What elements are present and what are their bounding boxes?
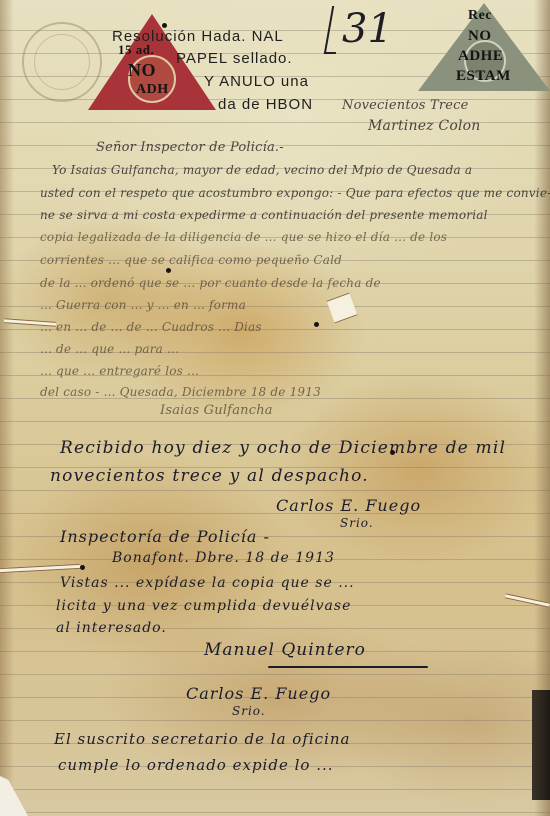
petition-line: de la ... ordenó que se ... por cuanto d… [40,276,381,290]
petition-line: usted con el respeto que acostumbro expo… [40,186,550,200]
stamp-red-overprint-3: ADH [136,82,169,98]
signature-flourish [268,666,428,668]
petitioner-signature: Isaias Gulfancha [160,403,273,418]
petition-line: del caso - ... Quesada, Diciembre 18 de … [40,385,321,399]
left-edge-shadow [0,0,14,816]
right-edge-damage [532,690,550,800]
received-signature: Carlos E. Fuego [276,496,421,515]
petition-line: copia legalizada de la diligencia de ...… [40,230,447,244]
secretary-signature: Carlos E. Fuego [186,684,331,703]
salutation: Señor Inspector de Policía.- [96,140,284,155]
stamp-gray-overprint-2: NO [468,28,492,45]
ink-spot [80,565,85,570]
printed-header-line-3: Y ANULO una [204,73,309,90]
folio-number: 31 [342,6,393,52]
header-annotation-2: Martinez Colon [368,118,480,134]
petition-line: ... que ... entregaré los ... [40,364,199,378]
petition-line: ... en ... de ... de ... Cuadros ... Dia… [40,320,262,334]
stamp-gray-overprint-3: ADHE [458,48,503,65]
corner-damage [0,776,28,816]
received-note-line-1: Recibido hoy diez y ocho de Diciembre de… [60,438,506,458]
resolution-text-line: licita y una vez cumplida devuélvase [56,598,351,614]
inspector-signature: Manuel Quintero [204,640,366,660]
printed-header-line-1: Resolución Hada. NAL [112,28,284,45]
ink-spot [390,450,395,455]
footer-note-line-1: El suscrito secretario de la oficina [54,730,350,748]
resolution-text-line: Vistas ... expídase la copia que se ... [60,575,355,591]
ink-spot [314,322,319,327]
footer-note-line-2: cumple lo ordenado expide lo ... [58,756,334,774]
resolution-heading: Inspectoría de Policía - [60,527,270,546]
secretary-title: Srio. [232,704,266,718]
paper-tear [327,293,358,324]
resolution-place-date: Bonafont. Dbre. 18 de 1913 [112,550,335,566]
received-signature-title: Srio. [340,516,374,530]
petition-line: Yo Isaias Gulfancha, mayor de edad, veci… [52,163,472,177]
ink-spot [166,268,171,273]
document-page: 15 ad. NO ADH Rec NO ADHE ESTAM Resoluci… [0,0,550,816]
header-annotation-1: Novecientos Trece [342,98,469,113]
stamp-gray-overprint-1: Rec [468,8,492,24]
petition-line: ne se sirva a mi costa expedirme a conti… [40,208,488,222]
petition-line: corrientes ... que se califica como pequ… [40,253,342,267]
ink-spot [162,23,167,28]
printed-header-line-4: da de HBON [218,96,313,113]
stamp-red-overprint-2: NO [128,60,156,81]
petition-line: ... de ... que ... para ... [40,342,179,356]
resolution-text-line: al interesado. [56,620,167,636]
received-note-line-2: novecientos trece y al despacho. [50,466,369,486]
stamp-gray-overprint-4: ESTAM [456,68,511,85]
printed-header-line-2: PAPEL sellado. [176,50,293,67]
petition-line: ... Guerra con ... y ... en ... forma [40,298,246,312]
